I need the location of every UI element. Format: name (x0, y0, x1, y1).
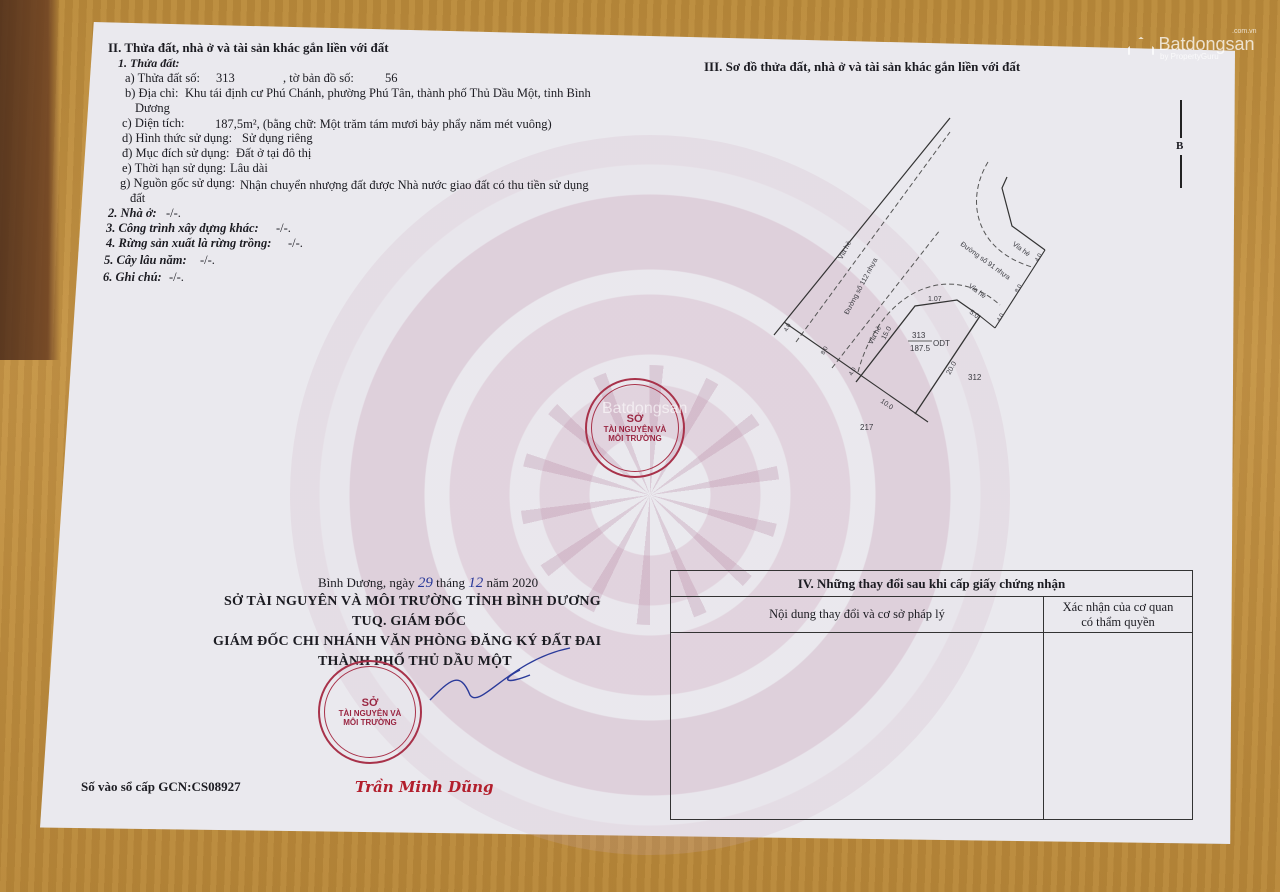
official-stamp-bottom: SỞ TÀI NGUYÊN VÀ MÔI TRƯỜNG (318, 660, 422, 764)
term-label: e) Thời hạn sử dụng: (122, 161, 226, 176)
section2-title: II. Thửa đất, nhà ở và tài sản khác gắn … (108, 40, 389, 55)
section3-title: III. Sơ đồ thửa đất, nhà ở và tài sản kh… (704, 59, 1020, 74)
list-item-label: 4. Rừng sản xuất là rừng trồng: (106, 236, 271, 251)
usage-form: Sử dụng riêng (242, 131, 313, 146)
brand-name: Batdongsan (1158, 34, 1254, 54)
col-header-confirmation: Xác nhận của cơ quan có thẩm quyền (1044, 597, 1193, 633)
section4-title: IV. Những thay đổi sau khi cấp giấy chứn… (671, 571, 1193, 597)
col-header-line: có thẩm quyền (1044, 615, 1192, 630)
brand-suffix: .com.vn (1232, 28, 1257, 35)
parcel-map: Vỉa hè Đường số 112 nhựa Vỉa hè Đường số… (760, 110, 1060, 440)
changes-table: IV. Những thay đổi sau khi cấp giấy chứn… (670, 570, 1193, 820)
center-watermark: Batdongsan (602, 400, 687, 418)
signing-date: Bình Dương, ngày 29 tháng 12 năm 2020 (318, 575, 538, 591)
section2-sub1-title: 1. Thửa đất: (118, 56, 180, 71)
sidewalk-label: Vỉa hè (1011, 240, 1032, 258)
purpose-label: đ) Mục đích sử dụng: (122, 146, 229, 161)
month-label: tháng (436, 575, 465, 590)
changes-content-cell (671, 633, 1044, 820)
map-sheet-no: 56 (385, 71, 398, 86)
date-day: 29 (418, 575, 433, 591)
house-logo-icon (1128, 37, 1154, 55)
origin-line1: Nhận chuyển nhượng đất được Nhà nước gia… (240, 178, 589, 193)
svg-text:1.07: 1.07 (928, 296, 942, 303)
signature-scribble-icon (420, 640, 580, 720)
registry-value: CS08927 (192, 779, 241, 794)
list-item-value: -/-. (200, 253, 215, 268)
list-item-label: 6. Ghi chú: (103, 270, 162, 285)
date-year: 2020 (512, 575, 538, 590)
list-item-label: 5. Cây lâu năm: (104, 253, 187, 268)
sidewalk-label: Vỉa hè (837, 240, 853, 261)
list-item-value: -/-. (276, 221, 291, 236)
authority-line2: TUQ. GIÁM ĐỐC (352, 614, 466, 629)
north-label: B (1175, 138, 1184, 155)
brand-watermark: Batdongsan .com.vn by PropertyGuru (1128, 34, 1255, 61)
svg-text:4.0: 4.0 (783, 322, 793, 333)
official-stamp-top: SỞ TÀI NGUYÊN VÀ MÔI TRƯỜNG (585, 378, 685, 478)
parcel-number: 313 (912, 331, 926, 340)
confirmation-cell (1044, 633, 1193, 820)
svg-text:15.0: 15.0 (881, 326, 894, 341)
map-sheet-label: , tờ bản đồ số: (283, 71, 354, 86)
parcel-no: 313 (216, 71, 235, 86)
road-91-label: Đường số 91 nhựa (959, 239, 1013, 281)
term: Lâu dài (230, 161, 268, 176)
background-dark-corner (0, 0, 60, 360)
list-item-value: -/-. (166, 206, 181, 221)
sidewalk-label: Vỉa hè (867, 325, 883, 346)
parcel-no-label: a) Thửa đất số: (125, 71, 200, 86)
area-label: c) Diện tích: (122, 116, 184, 131)
registry-label: Số vào sổ cấp GCN: (81, 779, 192, 794)
parcel-area: 187.5 (910, 344, 931, 353)
list-item-value: -/-. (288, 236, 303, 251)
list-item-value: -/-. (169, 270, 184, 285)
neighbor-217: 217 (860, 423, 874, 432)
purpose: Đất ở tại đô thị (236, 146, 311, 161)
road-112-label: Đường số 112 nhựa (842, 256, 880, 316)
list-item-label: 3. Công trình xây dựng khác: (106, 221, 259, 236)
svg-text:20.0: 20.0 (946, 361, 959, 376)
signer-name: Trần Minh Dũng (355, 778, 493, 796)
neighbor-312: 312 (968, 373, 982, 382)
land-type: ODT (933, 339, 950, 348)
col-header-line: Xác nhận của cơ quan (1044, 600, 1192, 615)
date-month: 12 (468, 575, 483, 591)
authority-line1: SỞ TÀI NGUYÊN VÀ MÔI TRƯỜNG TỈNH BÌNH DƯ… (224, 594, 601, 609)
col-header-content: Nội dung thay đổi và cơ sở pháp lý (671, 597, 1044, 633)
sidewalk-label: Vỉa hè (967, 282, 988, 300)
year-label: năm (487, 575, 509, 590)
origin-label: g) Nguồn gốc sử dụng: (120, 176, 235, 191)
registry-number: Số vào sổ cấp GCN:CS08927 (81, 779, 241, 794)
date-prefix: Bình Dương, ngày (318, 575, 415, 590)
usage-form-label: d) Hình thức sử dụng: (122, 131, 232, 146)
list-item-label: 2. Nhà ở: (108, 206, 157, 221)
area-value: 187,5m², (bằng chữ: Một trăm tám mươi bả… (215, 117, 552, 132)
address-line2: Dương (135, 101, 170, 116)
address-line1: Khu tái định cư Phú Chánh, phường Phú Tâ… (185, 86, 591, 101)
address-label: b) Địa chỉ: (125, 86, 178, 101)
svg-text:8.0: 8.0 (820, 345, 830, 356)
origin-line2: đất (130, 191, 145, 206)
svg-text:10.0: 10.0 (879, 398, 894, 412)
